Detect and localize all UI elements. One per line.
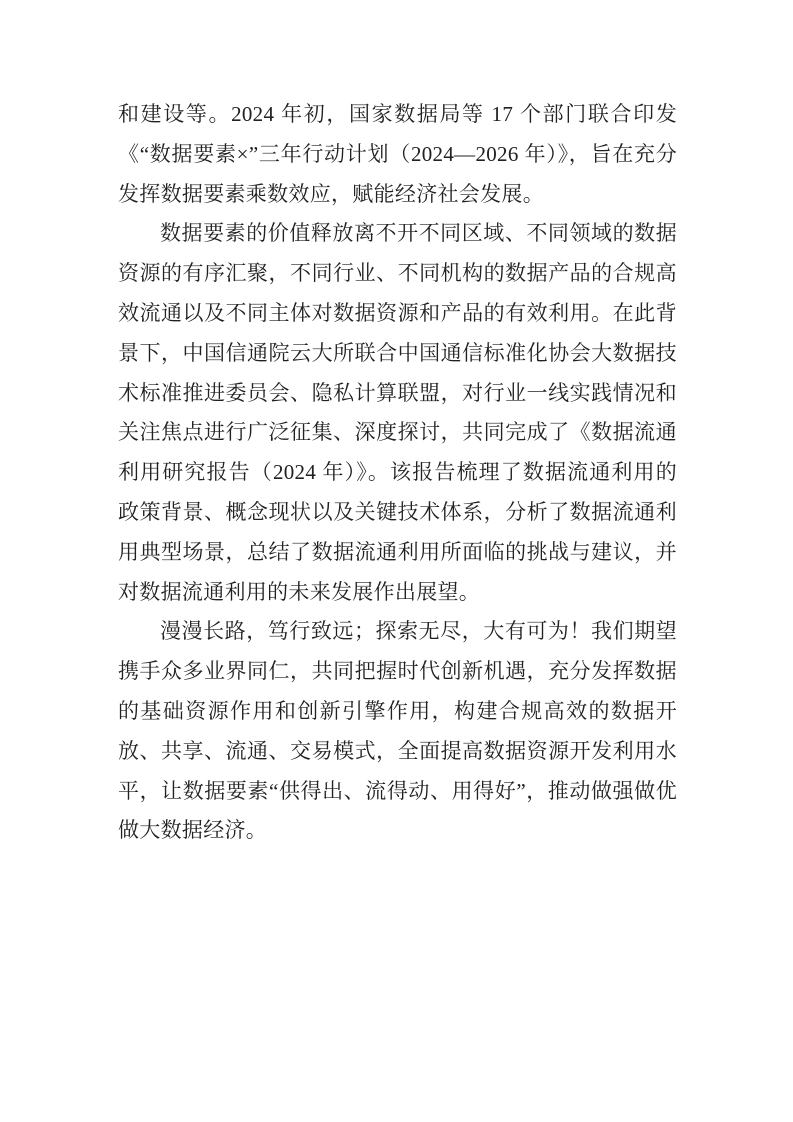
paragraph-outlook: 漫漫长路，笃行致远；探索无尽，大有可为！我们期望携手众多业界同仁，共同把握时代创… [118,612,677,851]
document-page: 和建设等。2024 年初，国家数据局等 17 个部门联合印发《“数据要素×”三年… [0,0,793,1122]
paragraph-continuation: 和建设等。2024 年初，国家数据局等 17 个部门联合印发《“数据要素×”三年… [118,95,677,214]
page-text-content: 和建设等。2024 年初，国家数据局等 17 个部门联合印发《“数据要素×”三年… [118,95,677,851]
paragraph-background: 数据要素的价值释放离不开不同区域、不同领域的数据资源的有序汇聚，不同行业、不同机… [118,214,677,612]
